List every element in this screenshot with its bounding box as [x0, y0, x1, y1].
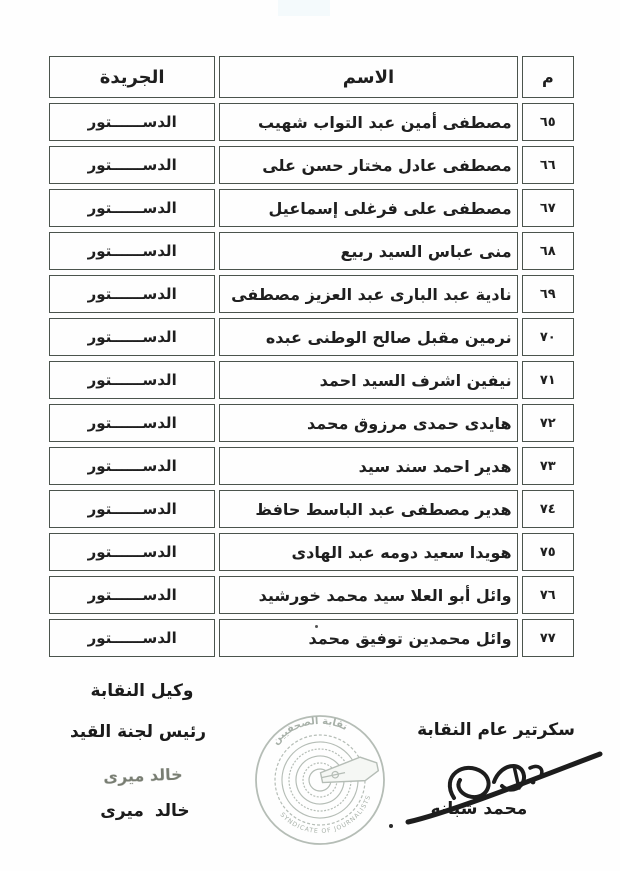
table-row: ٧١نيفين اشرف السيد احمدالدســــــتور	[49, 361, 574, 399]
cell-num: ٦٦	[522, 146, 574, 184]
header-num: م	[522, 56, 574, 98]
cell-newspaper: الدســــــتور	[49, 103, 215, 141]
cell-name: هايدى حمدى مرزوق محمد	[219, 404, 517, 442]
cell-num: ٧٦	[522, 576, 574, 614]
right-title-secretary-general: سكرتير عام النقابة	[412, 720, 580, 740]
left-handwritten-signature: خالد ميرى	[84, 764, 203, 787]
cell-newspaper: الدســــــتور	[49, 275, 215, 313]
cell-name: مصطفى أمين عبد التواب شهيب	[219, 103, 517, 141]
cell-num: ٧١	[522, 361, 574, 399]
cell-name: هدير احمد سند سيد	[219, 447, 517, 485]
cell-num: ٦٥	[522, 103, 574, 141]
ink-dot-artifact	[389, 824, 393, 828]
cell-name: نادية عبد البارى عبد العزيز مصطفى	[219, 275, 517, 313]
cell-newspaper: الدســــــتور	[49, 232, 215, 270]
journalists-syndicate-stamp: نقابة الصحفيين SYNDICATE OF JOURNALISTS	[237, 697, 403, 863]
scan-artifact	[278, 0, 330, 16]
members-table: م الاسم الجريدة ٦٥مصطفى أمين عبد التواب …	[45, 51, 578, 662]
cell-name: مصطفى على فرغلى إسماعيل	[219, 189, 517, 227]
cell-name: وائل محمدين توفيق محمد	[219, 619, 517, 657]
cell-num: ٦٧	[522, 189, 574, 227]
cell-name: هويدا سعيد دومه عبد الهادى	[219, 533, 517, 571]
stamp-pen-nib-icon	[319, 754, 380, 789]
cell-name: نرمين مقبل صالح الوطنى عبده	[219, 318, 517, 356]
cell-newspaper: الدســــــتور	[49, 576, 215, 614]
cell-newspaper: الدســــــتور	[49, 533, 215, 571]
cell-num: ٧٥	[522, 533, 574, 571]
cell-num: ٦٩	[522, 275, 574, 313]
table-row: ٦٥مصطفى أمين عبد التواب شهيبالدســــــتو…	[49, 103, 574, 141]
left-title-registration-committee-head: رئيس لجنة القيد	[54, 722, 222, 742]
table-row: ٧٦وائل أبو العلا سيد محمد خورشيدالدســــ…	[49, 576, 574, 614]
table-row: ٧٠نرمين مقبل صالح الوطنى عبدهالدســــــت…	[49, 318, 574, 356]
cell-num: ٧٢	[522, 404, 574, 442]
table-body: ٦٥مصطفى أمين عبد التواب شهيبالدســــــتو…	[49, 103, 574, 657]
cell-newspaper: الدســــــتور	[49, 361, 215, 399]
cell-newspaper: الدســــــتور	[49, 189, 215, 227]
scanned-document-page: م الاسم الجريدة ٦٥مصطفى أمين عبد التواب …	[0, 0, 620, 871]
cell-newspaper: الدســــــتور	[49, 318, 215, 356]
cell-num: ٧٧	[522, 619, 574, 657]
cell-num: ٧٤	[522, 490, 574, 528]
stamp-top-arc-text: نقابة الصحفيين	[267, 709, 351, 748]
cell-num: ٧٠	[522, 318, 574, 356]
table-row: ٦٦مصطفى عادل مختار حسن علىالدســــــتور	[49, 146, 574, 184]
cell-num: ٦٨	[522, 232, 574, 270]
stamp-bottom-arc-text: SYNDICATE OF JOURNALISTS	[278, 793, 379, 844]
ink-speck-artifact	[315, 625, 318, 628]
left-printed-name: خالد ميرى	[82, 801, 208, 821]
header-newspaper: الجريدة	[49, 56, 215, 98]
table-row: ٧٤هدير مصطفى عبد الباسط حافظالدســــــتو…	[49, 490, 574, 528]
cell-num: ٧٣	[522, 447, 574, 485]
handwritten-signature-scribble	[402, 742, 607, 830]
cell-newspaper: الدســــــتور	[49, 619, 215, 657]
table-row: ٦٧مصطفى على فرغلى إسماعيلالدســــــتور	[49, 189, 574, 227]
cell-newspaper: الدســــــتور	[49, 490, 215, 528]
table-row: ٧٣هدير احمد سند سيدالدســــــتور	[49, 447, 574, 485]
cell-newspaper: الدســــــتور	[49, 404, 215, 442]
cell-name: نيفين اشرف السيد احمد	[219, 361, 517, 399]
table-row: ٦٩نادية عبد البارى عبد العزيز مصطفىالدسـ…	[49, 275, 574, 313]
table-row: ٧٧وائل محمدين توفيق محمدالدســــــتور	[49, 619, 574, 657]
cell-newspaper: الدســــــتور	[49, 146, 215, 184]
table-row: ٦٨منى عباس السيد ربيعالدســــــتور	[49, 232, 574, 270]
header-name: الاسم	[219, 56, 517, 98]
cell-name: مصطفى عادل مختار حسن على	[219, 146, 517, 184]
left-title-union-deputy: وكيل النقابة	[68, 681, 216, 701]
table-header-row: م الاسم الجريدة	[49, 56, 574, 98]
cell-name: منى عباس السيد ربيع	[219, 232, 517, 270]
table-row: ٧٢هايدى حمدى مرزوق محمدالدســــــتور	[49, 404, 574, 442]
cell-name: هدير مصطفى عبد الباسط حافظ	[219, 490, 517, 528]
cell-newspaper: الدســــــتور	[49, 447, 215, 485]
cell-name: وائل أبو العلا سيد محمد خورشيد	[219, 576, 517, 614]
table-row: ٧٥هويدا سعيد دومه عبد الهادىالدســــــتو…	[49, 533, 574, 571]
